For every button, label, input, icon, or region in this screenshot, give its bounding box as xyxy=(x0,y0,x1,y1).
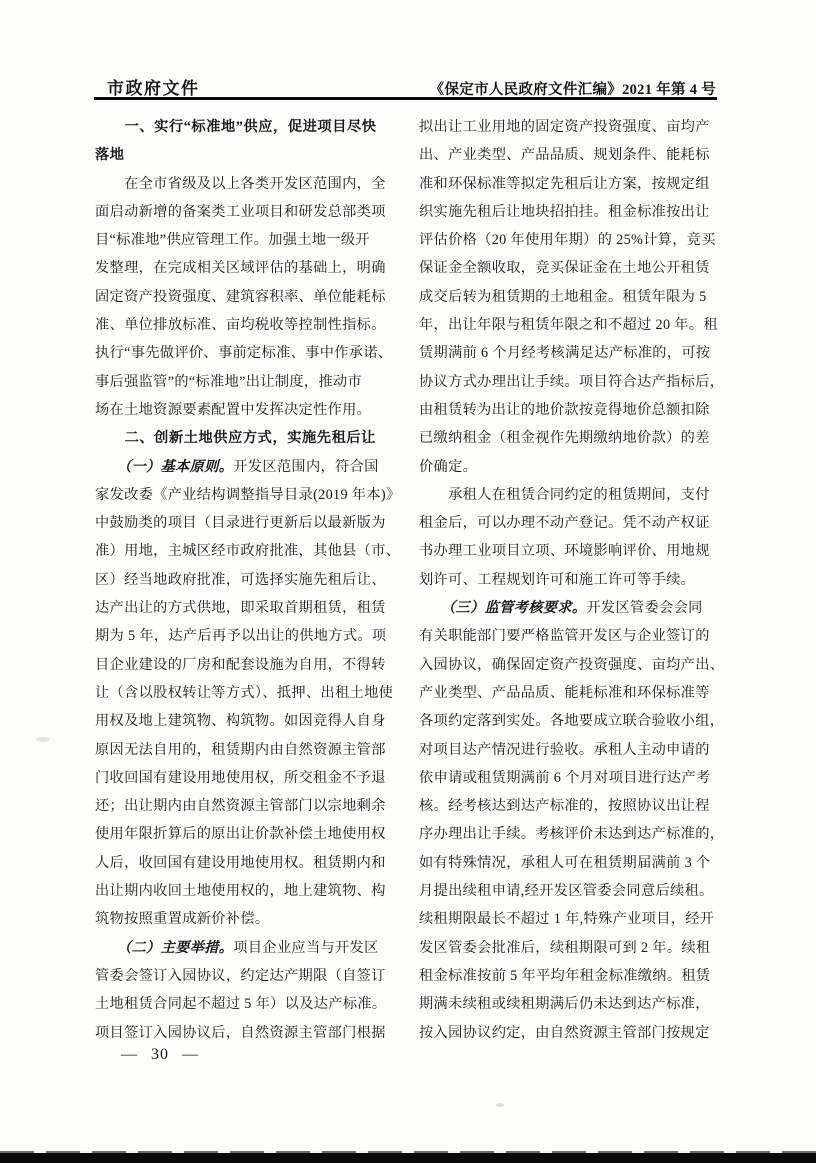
scan-artifact xyxy=(496,1103,504,1107)
body-text: 租金标准按前 5 年平均年租金标准缴纳。租赁 xyxy=(419,968,710,984)
body-text: 固定资产投资强度、建筑容积率、单位能耗标 xyxy=(95,289,386,305)
text-line: 让（含以股权转让等方式）、抵押、出租土地使 xyxy=(95,679,397,707)
heading-text: 落地 xyxy=(95,147,125,163)
text-line: 保证金全额收取，竞买保证金在土地公开租赁 xyxy=(419,254,721,282)
body-text: 面启动新增的备案类工业项目和研发总部类项 xyxy=(95,204,386,220)
body-text: 中鼓励类的项目（目录进行更新后以最新版为 xyxy=(95,515,386,531)
body-text: 期满未续租或续租期满后仍未达到达产标准， xyxy=(419,996,710,1012)
text-line: 书办理工业项目立项、环境影响评价、用地规 xyxy=(419,537,721,565)
body-text: 对项目达产情况进行验收。承租人主动申请的 xyxy=(419,742,710,758)
body-text: 在全市省级及以上各类开发区范围内，全 xyxy=(95,176,386,192)
body-text: 各项约定落到实处。各地要成立联合验收小组， xyxy=(419,713,724,729)
heading-text: 二、创新土地供应方式，实施先租后让 xyxy=(95,430,376,446)
body-text: 价确定。 xyxy=(419,459,477,475)
body-text: 土地租赁合同起不超过 5 年）以及达产标准。 xyxy=(95,996,386,1012)
text-line: 目企业建设的厂房和配套设施为自用，不得转 xyxy=(95,651,397,679)
header-rule xyxy=(94,97,717,100)
body-text: 月提出续租申请,经开发区管委会同意后续租。 xyxy=(419,883,714,899)
body-text: 发整理，在完成相关区域评估的基础上，明确 xyxy=(95,260,386,276)
body-text: 有关职能部门要严格监管开发区与企业签订的 xyxy=(419,628,710,644)
text-line: 项目签订入园协议后，自然资源主管部门根据 xyxy=(95,1019,397,1047)
text-line: 按入园协议约定，由自然资源主管部门按规定 xyxy=(419,1019,721,1047)
text-line: （二）主要举措。项目企业应当与开发区 xyxy=(95,934,397,962)
text-column-left: 一、实行“标准地”供应，促进项目尽快落地 在全市省级及以上各类开发区范围内，全面… xyxy=(95,113,397,1047)
body-text: 租金后，可以办理不动产登记。凭不动产权证 xyxy=(419,515,710,531)
body-text: 赁期满前 6 个月经考核满足达产标准的，可按 xyxy=(419,345,710,361)
body-text: 保证金全额收取，竞买保证金在土地公开租赁 xyxy=(419,260,710,276)
text-line: 赁期满前 6 个月经考核满足达产标准的，可按 xyxy=(419,339,721,367)
text-line: 租金标准按前 5 年平均年租金标准缴纳。租赁 xyxy=(419,962,721,990)
text-line: 各项约定落到实处。各地要成立联合验收小组， xyxy=(419,707,721,735)
body-text: 序办理出让手续。考核评价未达到达产标准的， xyxy=(419,826,724,842)
body-text: 成交后转为租赁期的土地租金。租赁年限为 5 xyxy=(419,289,707,305)
text-line: 准和环保标准等拟定先租后让方案，按规定组 xyxy=(419,170,721,198)
text-line: 面启动新增的备案类工业项目和研发总部类项 xyxy=(95,198,397,226)
body-text: 书办理工业项目立项、环境影响评价、用地规 xyxy=(419,543,710,559)
subheading-text: （三）监管考核要求。 xyxy=(419,600,586,616)
text-line: 依申请或租赁期满前 6 个月对项目进行达产考 xyxy=(419,764,721,792)
scan-edge-band xyxy=(0,1153,816,1163)
body-text: 用权及地上建筑物、构筑物。如因竞得人自身 xyxy=(95,713,386,729)
text-line: 在全市省级及以上各类开发区范围内，全 xyxy=(95,170,397,198)
text-line: 筑物按照重置成新价补偿。 xyxy=(95,905,397,933)
body-text: 区）经当地政府批准，可选择实施先租后让、 xyxy=(95,572,386,588)
body-text: 产业类型、产品品质、能耗标准和环保标准等 xyxy=(419,685,710,701)
body-text: 发区管委会批准后，续租期限可到 2 年。续租 xyxy=(419,940,710,956)
body-text: 执行“事先做评价、事前定标准、事中作承诺、 xyxy=(95,345,392,361)
heading-text: 一、实行“标准地”供应，促进项目尽快 xyxy=(95,119,377,135)
text-line: 中鼓励类的项目（目录进行更新后以最新版为 xyxy=(95,509,397,537)
text-line: 发整理，在完成相关区域评估的基础上，明确 xyxy=(95,254,397,282)
text-line: 核。经考核达到达产标准的，按照协议出让程 xyxy=(419,792,721,820)
body-text: 已缴纳租金（租金视作先期缴纳地价款）的差 xyxy=(419,430,710,446)
text-line: 发区管委会批准后，续租期限可到 2 年。续租 xyxy=(419,934,721,962)
text-line: 原因无法自用的，租赁期内由自然资源主管部 xyxy=(95,736,397,764)
text-line: 已缴纳租金（租金视作先期缴纳地价款）的差 xyxy=(419,424,721,452)
body-text: 年，出让年限与租赁年限之和不超过 20 年。租 xyxy=(419,317,718,333)
text-line: 成交后转为租赁期的土地租金。租赁年限为 5 xyxy=(419,283,721,311)
body-text: 项目企业应当与开发区 xyxy=(233,940,378,956)
body-text: 让（含以股权转让等方式）、抵押、出租土地使 xyxy=(95,685,393,701)
text-line: 出、产业类型、产品品质、规划条件、能耗标 xyxy=(419,141,721,169)
header-section-title: 市政府文件 xyxy=(107,74,200,99)
body-text: 准和环保标准等拟定先租后让方案，按规定组 xyxy=(419,176,710,192)
body-text: 核。经考核达到达产标准的，按照协议出让程 xyxy=(419,798,710,814)
text-line: 区）经当地政府批准，可选择实施先租后让、 xyxy=(95,566,397,594)
body-text: 出、产业类型、产品品质、规划条件、能耗标 xyxy=(419,147,710,163)
body-text: 划许可、工程规划许可和施工许可等手续。 xyxy=(419,572,695,588)
text-line: 目“标准地”供应管理工作。加强土地一级开 xyxy=(95,226,397,254)
text-line: 由租赁转为出让的地价款按竞得地价总额扣除 xyxy=(419,396,721,424)
text-line: 产业类型、产品品质、能耗标准和环保标准等 xyxy=(419,679,721,707)
text-line: 场在土地资源要素配置中发挥决定性作用。 xyxy=(95,396,397,424)
body-text: 入园协议，确保固定资产投资强度、亩均产出、 xyxy=(419,657,724,673)
text-line: 评估价格（20 年使用年期）的 25%计算，竞买 xyxy=(419,226,721,254)
body-text: 目企业建设的厂房和配套设施为自用，不得转 xyxy=(95,657,386,673)
body-text: 门收回国有建设用地使用权，所交租金不予退 xyxy=(95,770,386,786)
text-line: 协议方式办理出让手续。项目符合达产指标后， xyxy=(419,368,721,396)
body-text: 目“标准地”供应管理工作。加强土地一级开 xyxy=(95,232,370,248)
text-line: 价确定。 xyxy=(419,453,721,481)
body-text: 开发区管委会会同 xyxy=(586,600,702,616)
body-text: 还；出让期内由自然资源主管部门以宗地剩余 xyxy=(95,798,386,814)
text-line: 序办理出让手续。考核评价未达到达产标准的， xyxy=(419,820,721,848)
text-line: 事后强监管”的“标准地”出让制度，推动市 xyxy=(95,368,397,396)
body-text: 家发改委《产业结构调整指导目录(2019 年本)》 xyxy=(95,487,401,503)
text-line: 门收回国有建设用地使用权，所交租金不予退 xyxy=(95,764,397,792)
body-text: 人后，收回国有建设用地使用权。租赁期内和 xyxy=(95,855,386,871)
text-line: 还；出让期内由自然资源主管部门以宗地剩余 xyxy=(95,792,397,820)
body-text: 原因无法自用的，租赁期内由自然资源主管部 xyxy=(95,742,386,758)
text-line: 续租期限最长不超过 1 年,特殊产业项目，经开 xyxy=(419,905,721,933)
text-line: 拟出让工业用地的固定资产投资强度、亩均产 xyxy=(419,113,721,141)
text-line: 织实施先租后让地块招拍挂。租金标准按出让 xyxy=(419,198,721,226)
body-text: 场在土地资源要素配置中发挥决定性作用。 xyxy=(95,402,371,418)
text-line: 承租人在租赁合同约定的租赁期间，支付 xyxy=(419,481,721,509)
text-line: 人后，收回国有建设用地使用权。租赁期内和 xyxy=(95,849,397,877)
text-line: 一、实行“标准地”供应，促进项目尽快 xyxy=(95,113,397,141)
text-line: 土地租赁合同起不超过 5 年）以及达产标准。 xyxy=(95,990,397,1018)
body-text: 织实施先租后让地块招拍挂。租金标准按出让 xyxy=(419,204,710,220)
body-text: 承租人在租赁合同约定的租赁期间，支付 xyxy=(419,487,710,503)
document-page: 市政府文件 《保定市人民政府文件汇编》2021 年第 4 号 一、实行“标准地”… xyxy=(0,0,816,1163)
text-line: 年，出让年限与租赁年限之和不超过 20 年。租 xyxy=(419,311,721,339)
body-text: 筑物按照重置成新价补偿。 xyxy=(95,911,269,927)
text-line: 执行“事先做评价、事前定标准、事中作承诺、 xyxy=(95,339,397,367)
body-text: 如有特殊情况，承租人可在租赁期届满前 3 个 xyxy=(419,855,710,871)
body-text: 管委会签订入园协议，约定达产期限（自签订 xyxy=(95,968,386,984)
scan-artifact xyxy=(36,737,50,742)
body-text: 按入园协议约定，由自然资源主管部门按规定 xyxy=(419,1025,710,1041)
text-line: 准）用地，主城区经市政府批准，其他县（市、 xyxy=(95,537,397,565)
text-line: 如有特殊情况，承租人可在租赁期届满前 3 个 xyxy=(419,849,721,877)
text-line: 月提出续租申请,经开发区管委会同意后续租。 xyxy=(419,877,721,905)
text-line: 使用年限折算后的原出让价款补偿土地使用权 xyxy=(95,820,397,848)
body-text: 使用年限折算后的原出让价款补偿土地使用权 xyxy=(95,826,386,842)
subheading-text: （二）主要举措。 xyxy=(95,940,233,956)
text-line: 达产出让的方式供地，即采取首期租赁，租赁 xyxy=(95,594,397,622)
body-text: 期为 5 年，达产后再予以出让的供地方式。项 xyxy=(95,628,386,644)
body-text: 项目签订入园协议后，自然资源主管部门根据 xyxy=(95,1025,386,1041)
body-text: 准、单位排放标准、亩均税收等控制性指标。 xyxy=(95,317,386,333)
text-line: 对项目达产情况进行验收。承租人主动申请的 xyxy=(419,736,721,764)
text-line: 家发改委《产业结构调整指导目录(2019 年本)》 xyxy=(95,481,397,509)
body-text: 拟出让工业用地的固定资产投资强度、亩均产 xyxy=(419,119,710,135)
body-text: 由租赁转为出让的地价款按竞得地价总额扣除 xyxy=(419,402,710,418)
text-line: 落地 xyxy=(95,141,397,169)
text-line: 固定资产投资强度、建筑容积率、单位能耗标 xyxy=(95,283,397,311)
text-line: 准、单位排放标准、亩均税收等控制性指标。 xyxy=(95,311,397,339)
body-text: 续租期限最长不超过 1 年,特殊产业项目，经开 xyxy=(419,911,714,927)
header-compilation-title: 《保定市人民政府文件汇编》2021 年第 4 号 xyxy=(430,78,716,99)
text-line: 期为 5 年，达产后再予以出让的供地方式。项 xyxy=(95,622,397,650)
text-line: 租金后，可以办理不动产登记。凭不动产权证 xyxy=(419,509,721,537)
text-line: 出让期内收回土地使用权的，地上建筑物、构 xyxy=(95,877,397,905)
body-text: 出让期内收回土地使用权的，地上建筑物、构 xyxy=(95,883,386,899)
text-line: 有关职能部门要严格监管开发区与企业签订的 xyxy=(419,622,721,650)
text-line: 划许可、工程规划许可和施工许可等手续。 xyxy=(419,566,721,594)
text-line: 管委会签订入园协议，约定达产期限（自签订 xyxy=(95,962,397,990)
body-text: 准）用地，主城区经市政府批准，其他县（市、 xyxy=(95,543,400,559)
text-line: 用权及地上建筑物、构筑物。如因竞得人自身 xyxy=(95,707,397,735)
body-text: 协议方式办理出让手续。项目符合达产指标后， xyxy=(419,374,724,390)
page-number: — 30 — xyxy=(121,1046,199,1064)
body-text: 开发区范围内，符合国 xyxy=(233,459,378,475)
text-line: 二、创新土地供应方式，实施先租后让 xyxy=(95,424,397,452)
body-text: 评估价格（20 年使用年期）的 25%计算，竞买 xyxy=(419,232,716,248)
text-line: （一）基本原则。开发区范围内，符合国 xyxy=(95,453,397,481)
subheading-text: （一）基本原则。 xyxy=(95,459,233,475)
text-line: 入园协议，确保固定资产投资强度、亩均产出、 xyxy=(419,651,721,679)
text-line: 期满未续租或续租期满后仍未达到达产标准， xyxy=(419,990,721,1018)
body-text: 达产出让的方式供地，即采取首期租赁，租赁 xyxy=(95,600,386,616)
body-text: 事后强监管”的“标准地”出让制度，推动市 xyxy=(95,374,362,390)
text-column-right: 拟出让工业用地的固定资产投资强度、亩均产出、产业类型、产品品质、规划条件、能耗标… xyxy=(419,113,721,1047)
text-line: （三）监管考核要求。开发区管委会会同 xyxy=(419,594,721,622)
body-text: 依申请或租赁期满前 6 个月对项目进行达产考 xyxy=(419,770,710,786)
